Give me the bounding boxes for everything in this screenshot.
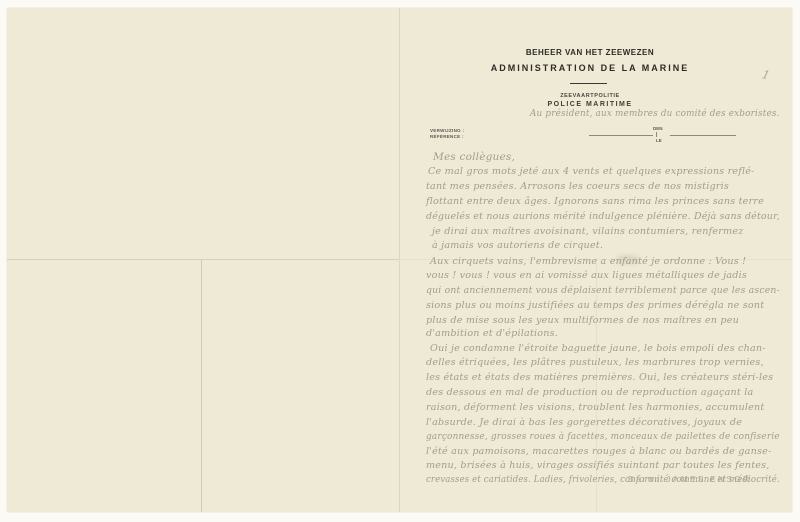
body-line: garçonnesse, grosses roues à facettes, m…: [426, 431, 780, 442]
date-tick: [656, 132, 657, 137]
den-label: DEN: [653, 126, 663, 131]
body-line: des dessous en mal de production ou de r…: [426, 387, 753, 398]
letterhead-divider: [570, 83, 607, 84]
body-line: qui ont anciennement vous déplaisent ter…: [426, 285, 780, 296]
body-line: je dirai aux maîtres avoisinant, vilains…: [432, 226, 743, 237]
body-line: delles étriquées, les plâtres pustuleux,…: [426, 357, 764, 368]
center-fold-line: [399, 8, 400, 512]
body-line: Ce mal gros mots jeté aux 4 vents et que…: [428, 166, 755, 177]
body-line: l'absurde. Je dirai à bas les gorgerette…: [426, 417, 742, 428]
letterhead-line-4: POLICE MARITIME: [520, 101, 660, 108]
letterhead-line-1: BEHEER VAN HET ZEEWEZEN: [490, 48, 690, 57]
salutation: Mes collègues,: [433, 151, 515, 163]
date-line-right: [670, 135, 736, 136]
reference-label: RÉFÉRENCE :: [430, 134, 464, 139]
date-line-left: [589, 135, 653, 136]
le-label: LE: [656, 138, 662, 143]
body-line: Oui je condamne l'étroite baguette jaune…: [430, 343, 766, 354]
body-line: Aux cirquets vains, l'embrevisme a enfan…: [430, 256, 746, 267]
letterhead-line-3: ZEEVAARTPOLITIE: [520, 93, 660, 99]
body-line: menu, brisées à huis, virages ossifiés s…: [426, 460, 770, 471]
body-line: vous ! vous ! vous en ai vomissé aux lig…: [426, 270, 747, 281]
verwijzing-label: VERWIJZING :: [430, 128, 464, 133]
body-line: plus de mise sous les yeux multiformes d…: [426, 315, 739, 326]
body-line: déguelés et nous aurions mérité indulgen…: [426, 211, 780, 222]
signature: Baron JAMES ENSOR: [628, 474, 751, 484]
body-line: raison, déforment les visions, troublent…: [426, 402, 764, 413]
body-line: sions plus ou moins justifiées au temps …: [426, 300, 764, 311]
left-page-blank: [7, 8, 399, 512]
body-line: flottant entre deux âges. Ignorons sans …: [426, 196, 764, 207]
body-line: les états et états des matières première…: [426, 372, 773, 383]
addressee-line: Au président, aux membres du comité des …: [530, 108, 780, 119]
letterhead-line-2: ADMINISTRATION DE LA MARINE: [470, 63, 710, 73]
body-line: d'ambition et d'épilations.: [426, 328, 558, 339]
body-line: tant mes pensées. Arrosons les coeurs se…: [426, 181, 729, 192]
body-line: l'été aux pamoisons, macarettes rouges à…: [426, 446, 771, 457]
body-line: à jamais vos autoriens de cirquet.: [432, 240, 603, 251]
